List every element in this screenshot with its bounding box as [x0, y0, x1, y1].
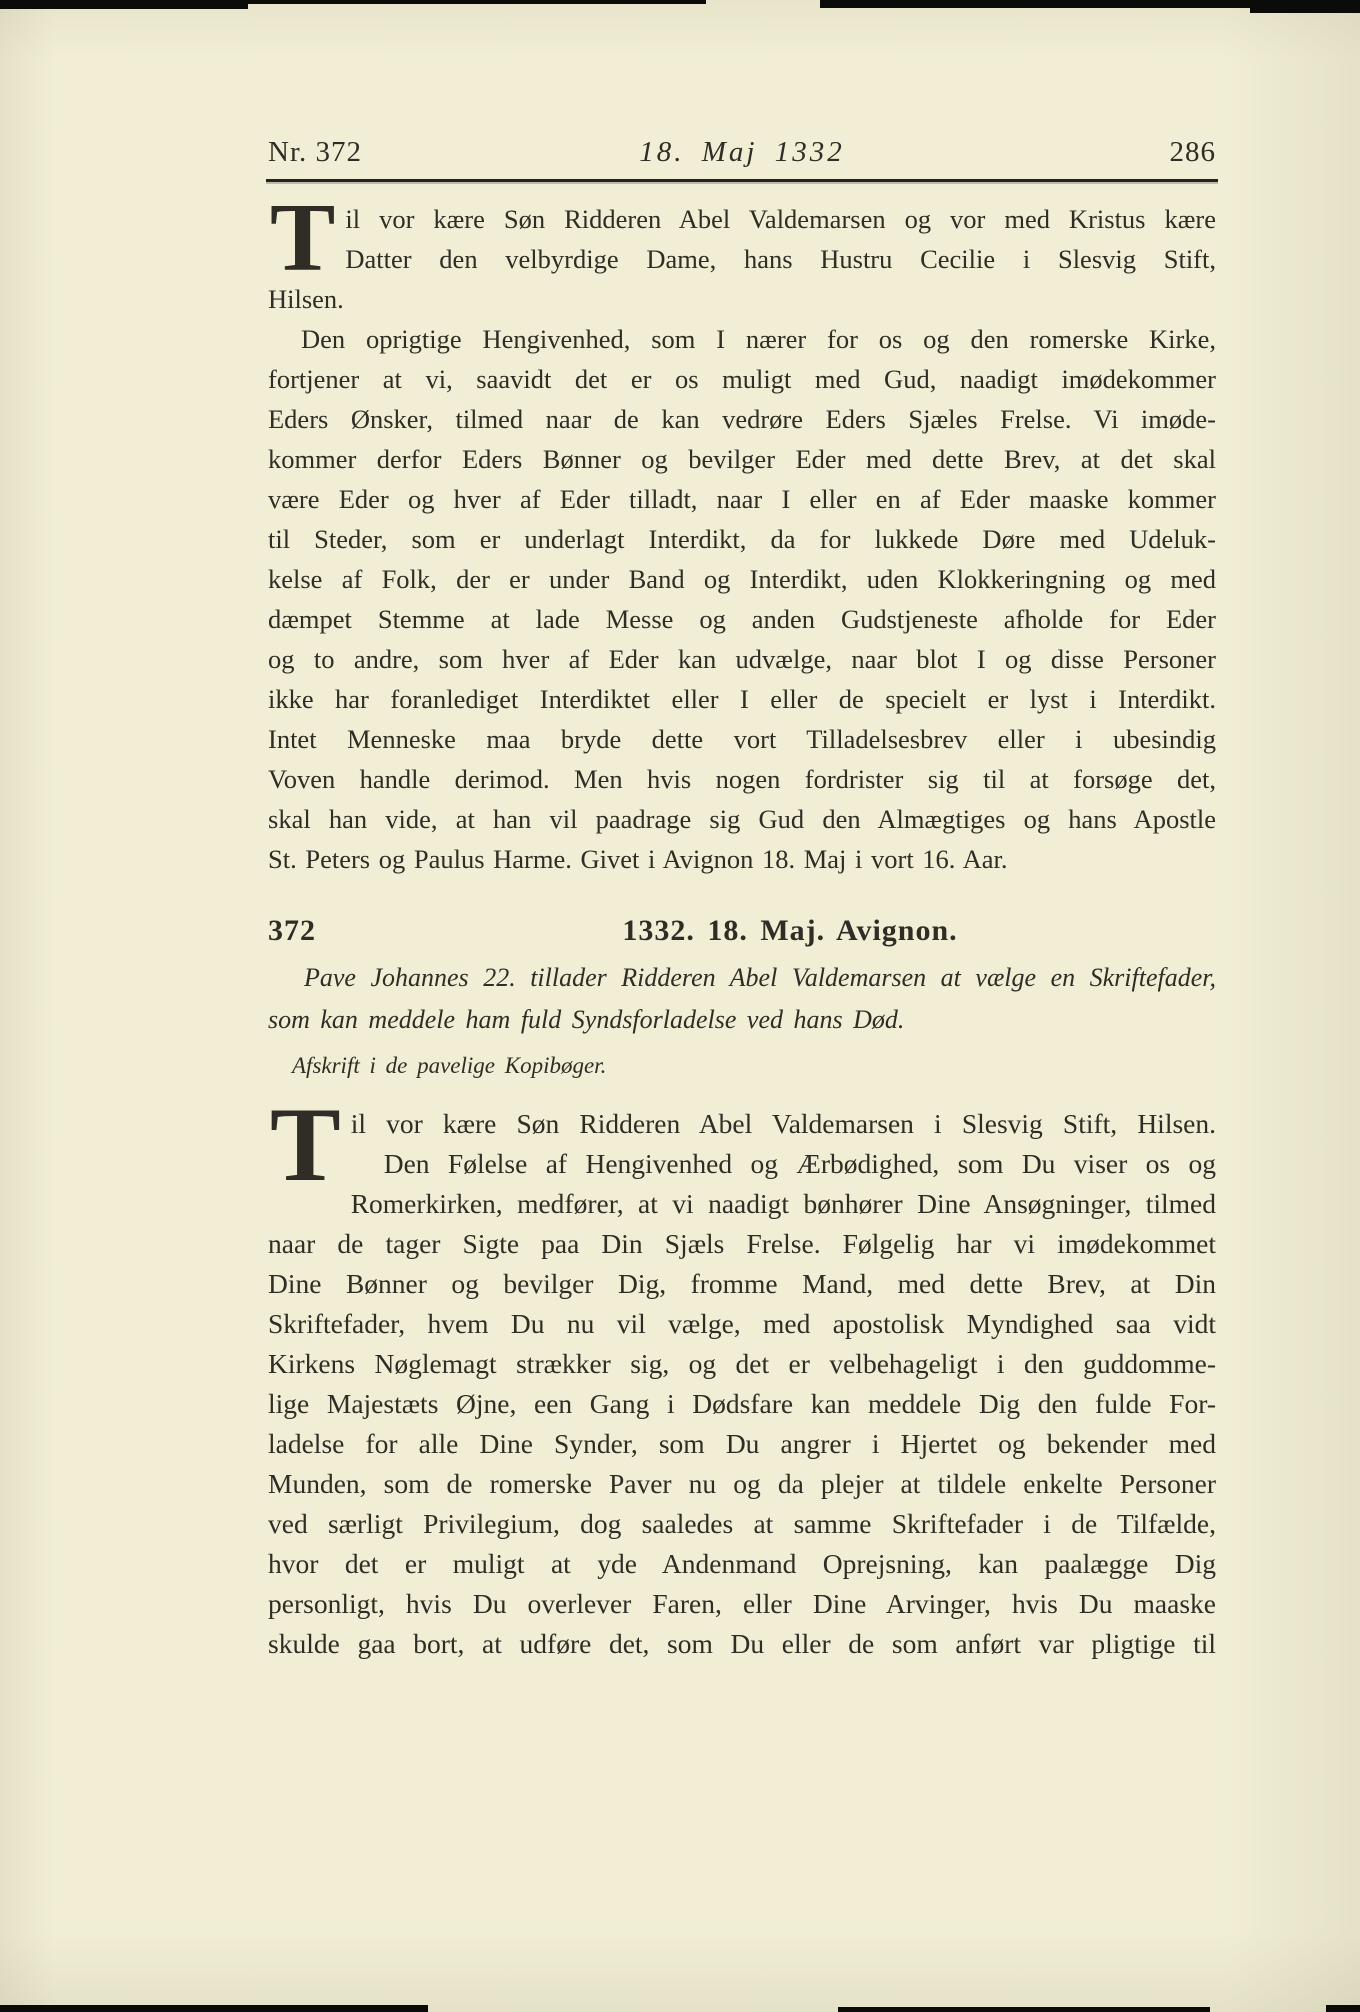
text-line: il vor kære Søn Ridderen Abel Valdemarse…	[268, 1104, 1216, 1144]
entry-summary-lines: Pave Johannes 22. tillader Ridderen Abel…	[268, 957, 1216, 1041]
entry-summary: Pave Johannes 22. tillader Ridderen Abel…	[268, 957, 1216, 1041]
text-line: Eders Ønsker, tilmed naar de kan vedrøre…	[268, 399, 1216, 439]
drop-cap-t: T	[270, 1105, 341, 1187]
text-line: ikke har foranlediget Interdiktet eller …	[268, 679, 1216, 719]
entry-source: Afskrift i de pavelige Kopibøger.	[292, 1050, 1192, 1082]
scan-edge-bottom-middle	[838, 2007, 1210, 2012]
text-line: il vor kære Søn Ridderen Abel Valdemarse…	[268, 199, 1216, 239]
summary-line: som kan meddele ham fuld Syndsforladelse…	[268, 999, 1216, 1041]
entry-number: 372	[268, 914, 316, 948]
scan-edge-top-left	[0, 0, 248, 9]
text-line: Dine Bønner og bevilger Dig, fromme Mand…	[268, 1264, 1216, 1304]
text-line: Voven handle derimod. Men hvis nogen for…	[268, 759, 1216, 799]
text-line: Hilsen.	[268, 279, 1216, 319]
entry-title: 1332. 18. Maj. Avignon.	[622, 914, 957, 948]
text-line: Den oprigtige Hengivenhed, som I nærer f…	[268, 319, 1216, 359]
text-line: personligt, hvis Du overlever Faren, ell…	[268, 1584, 1216, 1624]
text-line: dæmpet Stemme at lade Messe og anden Gud…	[268, 599, 1216, 639]
text-line: være Eder og hver af Eder tilladt, naar …	[268, 479, 1216, 519]
drop-cap-t: T	[270, 200, 335, 278]
letter-371-lines: il vor kære Søn Ridderen Abel Valdemarse…	[268, 199, 1216, 879]
scan-edge-top-corner	[1250, 0, 1360, 13]
text-line: St. Peters og Paulus Harme. Givet i Avig…	[268, 839, 1216, 879]
summary-line: Pave Johannes 22. tillader Ridderen Abel…	[268, 957, 1216, 999]
header-date: 18. Maj 1332	[639, 136, 844, 169]
page-number: 286	[1170, 136, 1217, 169]
letter-371-text: T il vor kære Søn Ridderen Abel Valdemar…	[268, 199, 1216, 879]
text-line: Skriftefader, hvem Du nu vil vælge, med …	[268, 1304, 1216, 1344]
text-line: Kirkens Nøglemagt strækker sig, og det e…	[268, 1344, 1216, 1384]
text-line: ladelse for alle Dine Synder, som Du ang…	[268, 1424, 1216, 1464]
text-line: naar de tager Sigte paa Din Sjæls Frelse…	[268, 1224, 1216, 1264]
header-rule	[266, 179, 1218, 182]
scan-edge-bottom-right	[1326, 2005, 1360, 2012]
text-line: ved særligt Privilegium, dog saaledes at…	[268, 1504, 1216, 1544]
text-line: og to andre, som hver af Eder kan udvælg…	[268, 639, 1216, 679]
letter-372-lines: il vor kære Søn Ridderen Abel Valdemarse…	[268, 1104, 1216, 1664]
document-number: Nr. 372	[268, 136, 362, 169]
letter-372-text: T il vor kære Søn Ridderen Abel Valdemar…	[268, 1104, 1216, 1664]
text-line: Den Følelse af Hengivenhed og Ærbødighed…	[268, 1144, 1216, 1184]
text-line: til Steder, som er underlagt Interdikt, …	[268, 519, 1216, 559]
text-line: fortjener at vi, saavidt det er os mulig…	[268, 359, 1216, 399]
book-page: Nr. 372 18. Maj 1332 286 T il vor kære S…	[0, 0, 1360, 2012]
text-line: hvor det er muligt at yde Andenmand Opre…	[268, 1544, 1216, 1584]
text-line: Intet Menneske maa bryde dette vort Till…	[268, 719, 1216, 759]
text-line: skulde gaa bort, at udføre det, som Du e…	[268, 1624, 1216, 1664]
text-line: Datter den velbyrdige Dame, hans Hustru …	[268, 239, 1216, 279]
text-line: kelse af Folk, der er under Band og Inte…	[268, 559, 1216, 599]
text-line: Romerkirken, medfører, at vi naadigt bøn…	[268, 1184, 1216, 1224]
page-header: Nr. 372 18. Maj 1332 286	[268, 136, 1216, 172]
entry-heading: 372 1332. 18. Maj. Avignon.	[268, 914, 1216, 954]
text-line: lige Majestæts Øjne, een Gang i Dødsfare…	[268, 1384, 1216, 1424]
text-line: skal han vide, at han vil paadrage sig G…	[268, 799, 1216, 839]
text-line: kommer derfor Eders Bønner og bevilger E…	[268, 439, 1216, 479]
scan-edge-bottom-left	[0, 2005, 428, 2012]
text-line: Munden, som de romerske Paver nu og da p…	[268, 1464, 1216, 1504]
